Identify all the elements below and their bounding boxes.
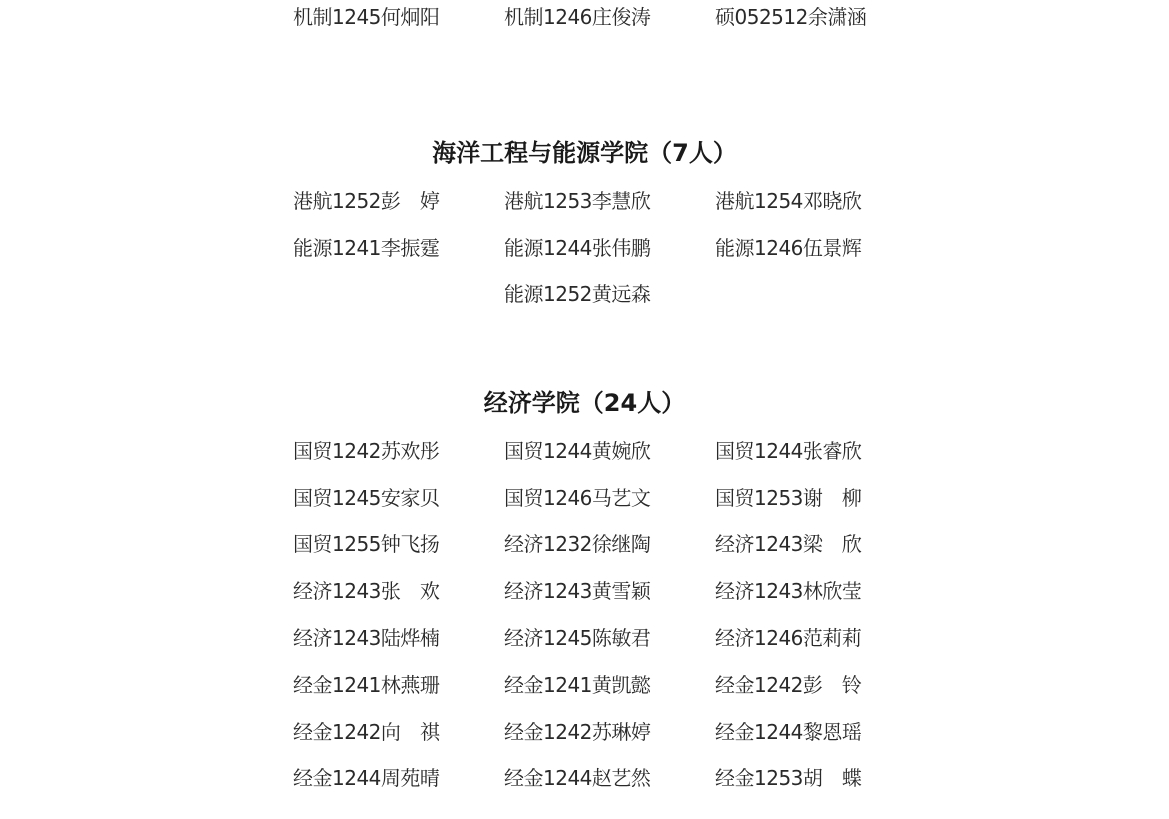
name-entry: 国贸1255钟飞扬 <box>293 529 461 559</box>
name-row: 国贸1245安家贝 国贸1246马艺文 国贸1253谢 柳 <box>293 483 893 513</box>
name-entry: 港航1253李慧欣 <box>504 186 672 216</box>
name-row: 国贸1255钟飞扬 经济1232徐继陶 经济1243梁 欣 <box>293 529 893 559</box>
name-entry: 经金1244黎恩瑶 <box>715 717 883 747</box>
name-row: 经金1244周苑晴 经金1244赵艺然 经金1253胡 蝶 <box>293 763 893 793</box>
name-entry: 经济1245陈敏君 <box>504 623 672 653</box>
name-entry: 国贸1245安家贝 <box>293 483 461 513</box>
name-entry: 经济1243张 欢 <box>293 576 461 606</box>
name-entry: 港航1254邓晓欣 <box>715 186 883 216</box>
name-entry: 经济1243林欣莹 <box>715 576 883 606</box>
name-entry: 经金1242苏琳婷 <box>504 717 672 747</box>
name-row: 经金1241林燕珊 经金1241黄凯懿 经金1242彭 铃 <box>293 670 893 700</box>
name-entry: 经金1241林燕珊 <box>293 670 461 700</box>
name-entry: 国贸1244黄婉欣 <box>504 436 672 466</box>
name-entry: 经金1253胡 蝶 <box>715 763 883 793</box>
section-title-economics: 经济学院（24人） <box>0 386 1169 420</box>
name-entry: 经金1242向 祺 <box>293 717 461 747</box>
name-entry: 港航1252彭 婷 <box>293 186 461 216</box>
name-entry: 能源1252黄远森 <box>504 279 672 309</box>
name-row: 经济1243陆烨楠 经济1245陈敏君 经济1246范莉莉 <box>293 623 893 653</box>
name-entry: 经济1243陆烨楠 <box>293 623 461 653</box>
name-entry: 硕052512余潇涵 <box>715 2 883 32</box>
name-entry: 经金1242彭 铃 <box>715 670 883 700</box>
name-entry: 经济1246范莉莉 <box>715 623 883 653</box>
name-entry: 国贸1244张睿欣 <box>715 436 883 466</box>
name-entry: 经济1232徐继陶 <box>504 529 672 559</box>
name-entry: 国贸1242苏欢彤 <box>293 436 461 466</box>
name-entry: 经金1244周苑晴 <box>293 763 461 793</box>
name-entry: 经济1243黄雪颖 <box>504 576 672 606</box>
section-title-ocean-energy: 海洋工程与能源学院（7人） <box>0 136 1169 170</box>
name-entry: 能源1241李振霆 <box>293 233 461 263</box>
name-row: 国贸1242苏欢彤 国贸1244黄婉欣 国贸1244张睿欣 <box>293 436 893 466</box>
name-row: 能源1252黄远森 <box>293 279 893 309</box>
name-entry: 经金1241黄凯懿 <box>504 670 672 700</box>
name-row: 港航1252彭 婷 港航1253李慧欣 港航1254邓晓欣 <box>293 186 893 216</box>
name-entry: 经金1244赵艺然 <box>504 763 672 793</box>
name-entry: 能源1246伍景辉 <box>715 233 883 263</box>
name-entry: 国贸1246马艺文 <box>504 483 672 513</box>
name-entry: 国贸1253谢 柳 <box>715 483 883 513</box>
name-row: 经济1243张 欢 经济1243黄雪颖 经济1243林欣莹 <box>293 576 893 606</box>
name-entry: 机制1246庄俊涛 <box>504 2 672 32</box>
name-row: 经金1242向 祺 经金1242苏琳婷 经金1244黎恩瑶 <box>293 717 893 747</box>
name-row: 能源1241李振霆 能源1244张伟鹏 能源1246伍景辉 <box>293 233 893 263</box>
name-row: 机制1245何炯阳 机制1246庄俊涛 硕052512余潇涵 <box>293 2 893 32</box>
name-entry: 机制1245何炯阳 <box>293 2 461 32</box>
name-entry: 经济1243梁 欣 <box>715 529 883 559</box>
name-entry: 能源1244张伟鹏 <box>504 233 672 263</box>
